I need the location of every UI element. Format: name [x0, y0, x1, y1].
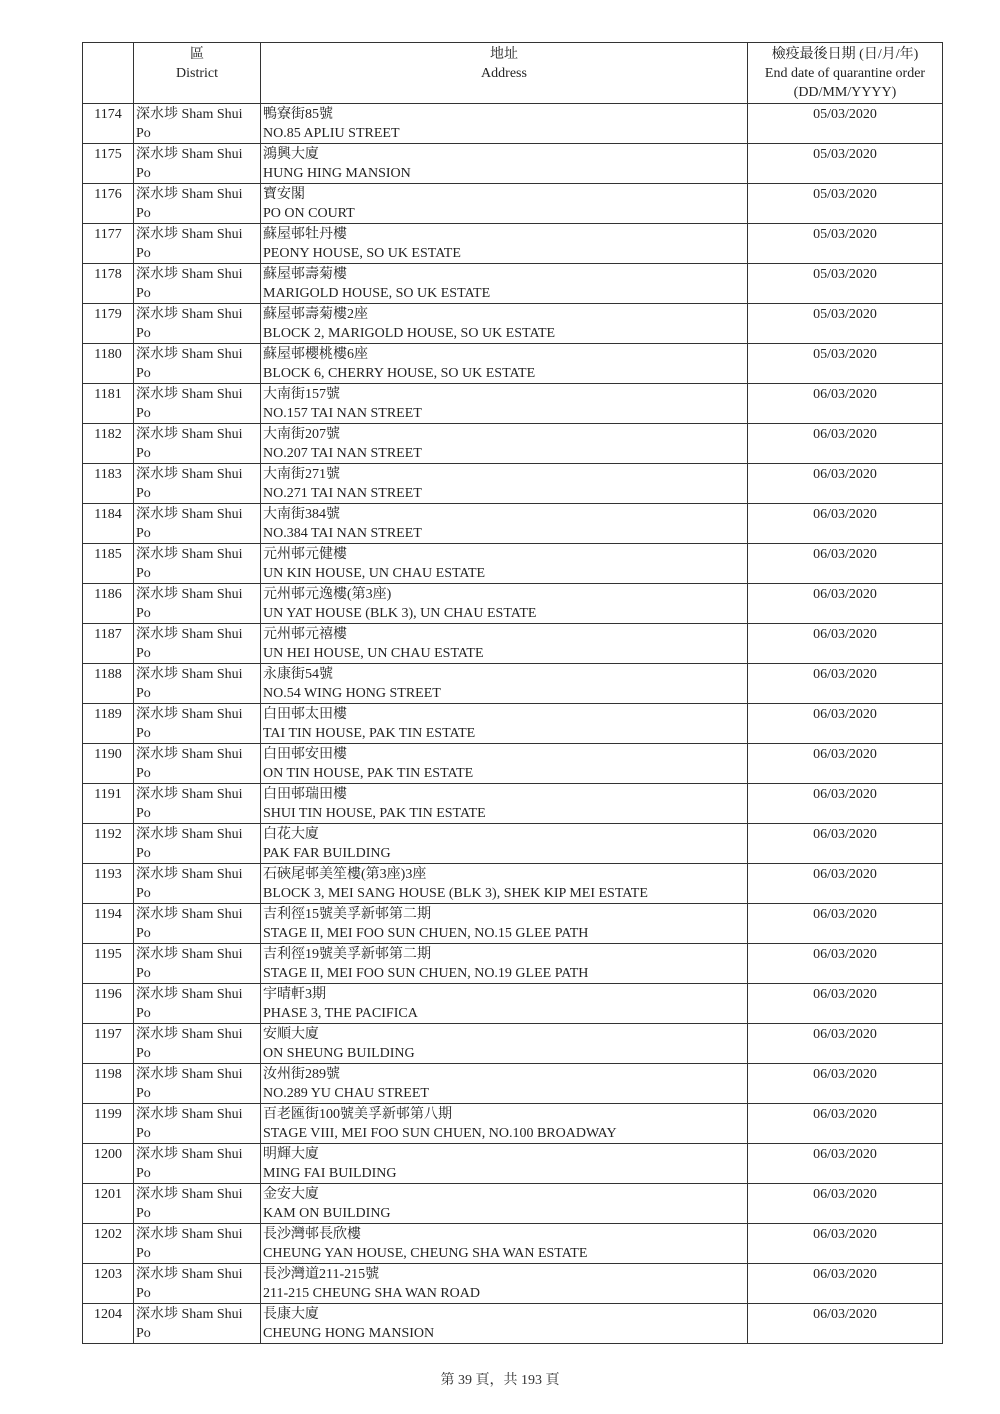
no: 1191 [94, 787, 121, 802]
district-1: 深水埗 Sham Shui [136, 1185, 260, 1204]
row-end-date: 06/03/2020 [748, 384, 943, 424]
address-en: STAGE VIII, MEI FOO SUN CHUEN, NO.100 BR… [263, 1124, 747, 1143]
row-district: 深水埗 Sham Shui Po [134, 824, 261, 864]
row-end-date: 06/03/2020 [748, 504, 943, 544]
row-district: 深水埗 Sham Shui Po [134, 624, 261, 664]
table-row: 1189 深水埗 Sham Shui Po 白田邨太田樓 TAI TIN HOU… [83, 704, 943, 744]
address-en: CHEUNG YAN HOUSE, CHEUNG SHA WAN ESTATE [263, 1244, 747, 1263]
address-en: STAGE II, MEI FOO SUN CHUEN, NO.15 GLEE … [263, 924, 747, 943]
row-district: 深水埗 Sham Shui Po [134, 704, 261, 744]
table-row: 1204 深水埗 Sham Shui Po 長康大廈 CHEUNG HONG M… [83, 1304, 943, 1344]
table-row: 1198 深水埗 Sham Shui Po 汝州街289號 NO.289 YU … [83, 1064, 943, 1104]
row-end-date: 06/03/2020 [748, 424, 943, 464]
row-end-date: 06/03/2020 [748, 864, 943, 904]
no: 1186 [94, 587, 121, 602]
address-en: PO ON COURT [263, 204, 747, 223]
quarantine-address-table-container: 區 District 地址 Address 檢疫最後日期 (日/月/年) End… [82, 42, 942, 1344]
date: 06/03/2020 [813, 667, 877, 682]
row-number: 1199 [83, 1104, 134, 1144]
row-number: 1184 [83, 504, 134, 544]
address-zh: 金安大廈 [263, 1185, 747, 1204]
row-address: 蘇屋邨壽菊樓 MARIGOLD HOUSE, SO UK ESTATE [261, 264, 748, 304]
address-en: TAI TIN HOUSE, PAK TIN ESTATE [263, 724, 747, 743]
row-number: 1201 [83, 1184, 134, 1224]
row-address: 大南街207號 NO.207 TAI NAN STREET [261, 424, 748, 464]
page-number-footer: 第 39 頁，共 193 頁 [0, 1369, 1000, 1389]
district-2: Po [136, 484, 260, 503]
row-number: 1200 [83, 1144, 134, 1184]
date: 06/03/2020 [813, 387, 877, 402]
date: 05/03/2020 [813, 267, 877, 282]
row-address: 元州邨元逸樓(第3座) UN YAT HOUSE (BLK 3), UN CHA… [261, 584, 748, 624]
header-date-format: (DD/MM/YYYY) [748, 83, 942, 102]
address-zh: 宇晴軒3期 [263, 985, 747, 1004]
row-address: 元州邨元禧樓 UN HEI HOUSE, UN CHAU ESTATE [261, 624, 748, 664]
address-en: NO.289 YU CHAU STREET [263, 1084, 747, 1103]
district-1: 深水埗 Sham Shui [136, 1145, 260, 1164]
district-1: 深水埗 Sham Shui [136, 785, 260, 804]
row-address: 長沙灣道211-215號 211-215 CHEUNG SHA WAN ROAD [261, 1264, 748, 1304]
row-end-date: 06/03/2020 [748, 824, 943, 864]
row-number: 1197 [83, 1024, 134, 1064]
table-row: 1190 深水埗 Sham Shui Po 白田邨安田樓 ON TIN HOUS… [83, 744, 943, 784]
table-row: 1185 深水埗 Sham Shui Po 元州邨元健樓 UN KIN HOUS… [83, 544, 943, 584]
no: 1174 [94, 107, 121, 122]
address-zh: 大南街384號 [263, 505, 747, 524]
row-number: 1174 [83, 104, 134, 144]
address-en: KAM ON BUILDING [263, 1204, 747, 1223]
row-district: 深水埗 Sham Shui Po [134, 1104, 261, 1144]
address-zh: 長沙灣邨長欣樓 [263, 1225, 747, 1244]
row-number: 1179 [83, 304, 134, 344]
row-address: 吉利徑15號美孚新邨第二期 STAGE II, MEI FOO SUN CHUE… [261, 904, 748, 944]
date: 06/03/2020 [813, 987, 877, 1002]
date: 05/03/2020 [813, 107, 877, 122]
row-address: 金安大廈 KAM ON BUILDING [261, 1184, 748, 1224]
date: 06/03/2020 [813, 787, 877, 802]
address-zh: 安順大廈 [263, 1025, 747, 1044]
no: 1183 [94, 467, 121, 482]
row-district: 深水埗 Sham Shui Po [134, 664, 261, 704]
row-district: 深水埗 Sham Shui Po [134, 344, 261, 384]
row-number: 1176 [83, 184, 134, 224]
row-end-date: 06/03/2020 [748, 784, 943, 824]
row-district: 深水埗 Sham Shui Po [134, 1304, 261, 1344]
no: 1201 [94, 1187, 122, 1202]
row-address: 明輝大廈 MING FAI BUILDING [261, 1144, 748, 1184]
district-1: 深水埗 Sham Shui [136, 105, 260, 124]
table-row: 1176 深水埗 Sham Shui Po 寶安閣 PO ON COURT 05… [83, 184, 943, 224]
no: 1196 [94, 987, 121, 1002]
row-district: 深水埗 Sham Shui Po [134, 544, 261, 584]
row-end-date: 06/03/2020 [748, 664, 943, 704]
row-end-date: 05/03/2020 [748, 224, 943, 264]
district-1: 深水埗 Sham Shui [136, 1265, 260, 1284]
district-1: 深水埗 Sham Shui [136, 385, 260, 404]
table-row: 1177 深水埗 Sham Shui Po 蘇屋邨牡丹樓 PEONY HOUSE… [83, 224, 943, 264]
row-address: 蘇屋邨壽菊樓2座 BLOCK 2, MARIGOLD HOUSE, SO UK … [261, 304, 748, 344]
row-number: 1198 [83, 1064, 134, 1104]
row-end-date: 06/03/2020 [748, 984, 943, 1024]
date: 06/03/2020 [813, 1267, 877, 1282]
address-zh: 蘇屋邨櫻桃樓6座 [263, 345, 747, 364]
row-district: 深水埗 Sham Shui Po [134, 584, 261, 624]
district-2: Po [136, 1084, 260, 1103]
row-number: 1202 [83, 1224, 134, 1264]
address-zh: 長康大廈 [263, 1305, 747, 1324]
no: 1190 [94, 747, 121, 762]
row-end-date: 06/03/2020 [748, 904, 943, 944]
address-en: BLOCK 6, CHERRY HOUSE, SO UK ESTATE [263, 364, 747, 383]
address-zh: 大南街271號 [263, 465, 747, 484]
address-en: HUNG HING MANSION [263, 164, 747, 183]
row-number: 1194 [83, 904, 134, 944]
district-2: Po [136, 244, 260, 263]
address-zh: 吉利徑15號美孚新邨第二期 [263, 905, 747, 924]
address-zh: 元州邨元健樓 [263, 545, 747, 564]
row-district: 深水埗 Sham Shui Po [134, 224, 261, 264]
row-address: 大南街384號 NO.384 TAI NAN STREET [261, 504, 748, 544]
row-number: 1187 [83, 624, 134, 664]
row-address: 宇晴軒3期 PHASE 3, THE PACIFICA [261, 984, 748, 1024]
district-2: Po [136, 764, 260, 783]
row-number: 1190 [83, 744, 134, 784]
district-2: Po [136, 204, 260, 223]
address-zh: 白田邨瑞田樓 [263, 785, 747, 804]
table-row: 1195 深水埗 Sham Shui Po 吉利徑19號美孚新邨第二期 STAG… [83, 944, 943, 984]
address-en: ON SHEUNG BUILDING [263, 1044, 747, 1063]
row-district: 深水埗 Sham Shui Po [134, 424, 261, 464]
table-row: 1194 深水埗 Sham Shui Po 吉利徑15號美孚新邨第二期 STAG… [83, 904, 943, 944]
date: 05/03/2020 [813, 147, 877, 162]
row-end-date: 06/03/2020 [748, 1224, 943, 1264]
date: 06/03/2020 [813, 1067, 877, 1082]
row-district: 深水埗 Sham Shui Po [134, 384, 261, 424]
row-address: 白田邨太田樓 TAI TIN HOUSE, PAK TIN ESTATE [261, 704, 748, 744]
row-end-date: 05/03/2020 [748, 144, 943, 184]
row-number: 1193 [83, 864, 134, 904]
row-address: 長沙灣邨長欣樓 CHEUNG YAN HOUSE, CHEUNG SHA WAN… [261, 1224, 748, 1264]
address-zh: 百老匯街100號美孚新邨第八期 [263, 1105, 747, 1124]
district-2: Po [136, 1124, 260, 1143]
header-date-en: End date of quarantine order [748, 64, 942, 83]
row-number: 1178 [83, 264, 134, 304]
district-1: 深水埗 Sham Shui [136, 345, 260, 364]
row-address: 白花大廈 PAK FAR BUILDING [261, 824, 748, 864]
no: 1198 [94, 1067, 121, 1082]
date: 05/03/2020 [813, 187, 877, 202]
no: 1203 [94, 1267, 122, 1282]
no: 1184 [94, 507, 121, 522]
table-row: 1182 深水埗 Sham Shui Po 大南街207號 NO.207 TAI… [83, 424, 943, 464]
district-1: 深水埗 Sham Shui [136, 425, 260, 444]
row-district: 深水埗 Sham Shui Po [134, 464, 261, 504]
no: 1202 [94, 1227, 122, 1242]
no: 1199 [94, 1107, 121, 1122]
row-address: 汝州街289號 NO.289 YU CHAU STREET [261, 1064, 748, 1104]
row-district: 深水埗 Sham Shui Po [134, 184, 261, 224]
address-en: MING FAI BUILDING [263, 1164, 747, 1183]
date: 06/03/2020 [813, 507, 877, 522]
district-2: Po [136, 684, 260, 703]
row-address: 長康大廈 CHEUNG HONG MANSION [261, 1304, 748, 1344]
district-1: 深水埗 Sham Shui [136, 145, 260, 164]
table-row: 1197 深水埗 Sham Shui Po 安順大廈 ON SHEUNG BUI… [83, 1024, 943, 1064]
row-district: 深水埗 Sham Shui Po [134, 144, 261, 184]
address-zh: 汝州街289號 [263, 1065, 747, 1084]
district-2: Po [136, 564, 260, 583]
row-district: 深水埗 Sham Shui Po [134, 1064, 261, 1104]
address-en: NO.384 TAI NAN STREET [263, 524, 747, 543]
address-zh: 白田邨安田樓 [263, 745, 747, 764]
row-end-date: 06/03/2020 [748, 744, 943, 784]
district-2: Po [136, 1284, 260, 1303]
row-end-date: 06/03/2020 [748, 464, 943, 504]
address-en: ON TIN HOUSE, PAK TIN ESTATE [263, 764, 747, 783]
address-zh: 白花大廈 [263, 825, 747, 844]
district-1: 深水埗 Sham Shui [136, 505, 260, 524]
row-end-date: 06/03/2020 [748, 584, 943, 624]
no: 1195 [94, 947, 121, 962]
row-end-date: 05/03/2020 [748, 304, 943, 344]
row-number: 1204 [83, 1304, 134, 1344]
date: 06/03/2020 [813, 1307, 877, 1322]
no: 1178 [94, 267, 121, 282]
district-2: Po [136, 1204, 260, 1223]
row-end-date: 05/03/2020 [748, 344, 943, 384]
address-en: BLOCK 3, MEI SANG HOUSE (BLK 3), SHEK KI… [263, 884, 747, 903]
address-zh: 吉利徑19號美孚新邨第二期 [263, 945, 747, 964]
row-address: 吉利徑19號美孚新邨第二期 STAGE II, MEI FOO SUN CHUE… [261, 944, 748, 984]
row-district: 深水埗 Sham Shui Po [134, 864, 261, 904]
district-1: 深水埗 Sham Shui [136, 1225, 260, 1244]
date: 06/03/2020 [813, 867, 877, 882]
district-1: 深水埗 Sham Shui [136, 1105, 260, 1124]
row-address: 鴨寮街85號 NO.85 APLIU STREET [261, 104, 748, 144]
row-end-date: 06/03/2020 [748, 944, 943, 984]
row-number: 1177 [83, 224, 134, 264]
district-1: 深水埗 Sham Shui [136, 945, 260, 964]
district-2: Po [136, 804, 260, 823]
row-end-date: 06/03/2020 [748, 1104, 943, 1144]
address-zh: 蘇屋邨壽菊樓2座 [263, 305, 747, 324]
row-number: 1203 [83, 1264, 134, 1304]
table-row: 1196 深水埗 Sham Shui Po 宇晴軒3期 PHASE 3, THE… [83, 984, 943, 1024]
no: 1187 [94, 627, 121, 642]
district-2: Po [136, 1324, 260, 1343]
row-address: 白田邨安田樓 ON TIN HOUSE, PAK TIN ESTATE [261, 744, 748, 784]
district-2: Po [136, 884, 260, 903]
header-district: 區 District [134, 43, 261, 104]
row-address: 大南街157號 NO.157 TAI NAN STREET [261, 384, 748, 424]
table-row: 1180 深水埗 Sham Shui Po 蘇屋邨櫻桃樓6座 BLOCK 6, … [83, 344, 943, 384]
district-2: Po [136, 164, 260, 183]
date: 06/03/2020 [813, 547, 877, 562]
table-row: 1184 深水埗 Sham Shui Po 大南街384號 NO.384 TAI… [83, 504, 943, 544]
row-number: 1191 [83, 784, 134, 824]
row-end-date: 05/03/2020 [748, 184, 943, 224]
table-row: 1179 深水埗 Sham Shui Po 蘇屋邨壽菊樓2座 BLOCK 2, … [83, 304, 943, 344]
address-zh: 長沙灣道211-215號 [263, 1265, 747, 1284]
row-number: 1180 [83, 344, 134, 384]
table-row: 1181 深水埗 Sham Shui Po 大南街157號 NO.157 TAI… [83, 384, 943, 424]
row-end-date: 06/03/2020 [748, 1024, 943, 1064]
no: 1180 [94, 347, 121, 362]
district-1: 深水埗 Sham Shui [136, 585, 260, 604]
district-1: 深水埗 Sham Shui [136, 865, 260, 884]
row-end-date: 06/03/2020 [748, 1184, 943, 1224]
row-district: 深水埗 Sham Shui Po [134, 1144, 261, 1184]
row-address: 白田邨瑞田樓 SHUI TIN HOUSE, PAK TIN ESTATE [261, 784, 748, 824]
district-2: Po [136, 1004, 260, 1023]
district-1: 深水埗 Sham Shui [136, 825, 260, 844]
date: 06/03/2020 [813, 1027, 877, 1042]
address-en: NO.207 TAI NAN STREET [263, 444, 747, 463]
district-2: Po [136, 444, 260, 463]
date: 06/03/2020 [813, 1147, 877, 1162]
address-en: NO.85 APLIU STREET [263, 124, 747, 143]
row-district: 深水埗 Sham Shui Po [134, 264, 261, 304]
row-district: 深水埗 Sham Shui Po [134, 744, 261, 784]
date: 06/03/2020 [813, 427, 877, 442]
row-end-date: 05/03/2020 [748, 104, 943, 144]
table-row: 1174 深水埗 Sham Shui Po 鴨寮街85號 NO.85 APLIU… [83, 104, 943, 144]
address-en: PHASE 3, THE PACIFICA [263, 1004, 747, 1023]
table-row: 1193 深水埗 Sham Shui Po 石硤尾邨美笙樓(第3座)3座 BLO… [83, 864, 943, 904]
date: 05/03/2020 [813, 227, 877, 242]
table-row: 1203 深水埗 Sham Shui Po 長沙灣道211-215號 211-2… [83, 1264, 943, 1304]
no: 1175 [94, 147, 121, 162]
no: 1179 [94, 307, 121, 322]
table-row: 1202 深水埗 Sham Shui Po 長沙灣邨長欣樓 CHEUNG YAN… [83, 1224, 943, 1264]
address-zh: 白田邨太田樓 [263, 705, 747, 724]
row-end-date: 06/03/2020 [748, 624, 943, 664]
address-en: CHEUNG HONG MANSION [263, 1324, 747, 1343]
address-zh: 鴻興大廈 [263, 145, 747, 164]
date: 06/03/2020 [813, 1187, 877, 1202]
no: 1193 [94, 867, 121, 882]
no: 1192 [94, 827, 121, 842]
row-district: 深水埗 Sham Shui Po [134, 504, 261, 544]
row-address: 寶安閣 PO ON COURT [261, 184, 748, 224]
address-en: UN HEI HOUSE, UN CHAU ESTATE [263, 644, 747, 663]
date: 06/03/2020 [813, 707, 877, 722]
district-1: 深水埗 Sham Shui [136, 625, 260, 644]
district-1: 深水埗 Sham Shui [136, 1025, 260, 1044]
row-district: 深水埗 Sham Shui Po [134, 104, 261, 144]
header-address: 地址 Address [261, 43, 748, 104]
district-1: 深水埗 Sham Shui [136, 705, 260, 724]
district-2: Po [136, 1164, 260, 1183]
row-address: 鴻興大廈 HUNG HING MANSION [261, 144, 748, 184]
district-2: Po [136, 364, 260, 383]
district-1: 深水埗 Sham Shui [136, 985, 260, 1004]
no: 1189 [94, 707, 121, 722]
district-1: 深水埗 Sham Shui [136, 225, 260, 244]
address-en: NO.271 TAI NAN STREET [263, 484, 747, 503]
district-2: Po [136, 404, 260, 423]
row-number: 1195 [83, 944, 134, 984]
table-row: 1186 深水埗 Sham Shui Po 元州邨元逸樓(第3座) UN YAT… [83, 584, 943, 624]
row-end-date: 06/03/2020 [748, 1144, 943, 1184]
row-address: 百老匯街100號美孚新邨第八期 STAGE VIII, MEI FOO SUN … [261, 1104, 748, 1144]
row-address: 永康街54號 NO.54 WING HONG STREET [261, 664, 748, 704]
no: 1194 [94, 907, 121, 922]
table-body: 1174 深水埗 Sham Shui Po 鴨寮街85號 NO.85 APLIU… [83, 104, 943, 1344]
date: 06/03/2020 [813, 1227, 877, 1242]
header-end-date: 檢疫最後日期 (日/月/年) End date of quarantine or… [748, 43, 943, 104]
table-row: 1188 深水埗 Sham Shui Po 永康街54號 NO.54 WING … [83, 664, 943, 704]
header-number [83, 43, 134, 104]
row-number: 1186 [83, 584, 134, 624]
address-zh: 蘇屋邨牡丹樓 [263, 225, 747, 244]
district-1: 深水埗 Sham Shui [136, 1305, 260, 1324]
table-row: 1201 深水埗 Sham Shui Po 金安大廈 KAM ON BUILDI… [83, 1184, 943, 1224]
district-1: 深水埗 Sham Shui [136, 265, 260, 284]
district-1: 深水埗 Sham Shui [136, 1065, 260, 1084]
row-end-date: 06/03/2020 [748, 704, 943, 744]
address-en: 211-215 CHEUNG SHA WAN ROAD [263, 1284, 747, 1303]
row-district: 深水埗 Sham Shui Po [134, 944, 261, 984]
district-2: Po [136, 844, 260, 863]
no: 1197 [94, 1027, 121, 1042]
header-district-en: District [134, 64, 260, 83]
date: 06/03/2020 [813, 747, 877, 762]
row-end-date: 06/03/2020 [748, 1064, 943, 1104]
row-district: 深水埗 Sham Shui Po [134, 1024, 261, 1064]
district-2: Po [136, 284, 260, 303]
row-district: 深水埗 Sham Shui Po [134, 784, 261, 824]
no: 1185 [94, 547, 121, 562]
row-district: 深水埗 Sham Shui Po [134, 1184, 261, 1224]
district-2: Po [136, 964, 260, 983]
row-district: 深水埗 Sham Shui Po [134, 304, 261, 344]
date: 06/03/2020 [813, 827, 877, 842]
row-district: 深水埗 Sham Shui Po [134, 984, 261, 1024]
row-number: 1181 [83, 384, 134, 424]
no: 1176 [94, 187, 121, 202]
row-district: 深水埗 Sham Shui Po [134, 1224, 261, 1264]
address-zh: 永康街54號 [263, 665, 747, 684]
no: 1177 [94, 227, 121, 242]
date: 05/03/2020 [813, 347, 877, 362]
district-2: Po [136, 924, 260, 943]
row-number: 1175 [83, 144, 134, 184]
table-row: 1191 深水埗 Sham Shui Po 白田邨瑞田樓 SHUI TIN HO… [83, 784, 943, 824]
header-address-en: Address [261, 64, 747, 83]
date: 05/03/2020 [813, 307, 877, 322]
table-header: 區 District 地址 Address 檢疫最後日期 (日/月/年) End… [83, 43, 943, 104]
address-zh: 石硤尾邨美笙樓(第3座)3座 [263, 865, 747, 884]
district-1: 深水埗 Sham Shui [136, 545, 260, 564]
row-address: 蘇屋邨櫻桃樓6座 BLOCK 6, CHERRY HOUSE, SO UK ES… [261, 344, 748, 384]
address-en: UN KIN HOUSE, UN CHAU ESTATE [263, 564, 747, 583]
no: 1181 [94, 387, 121, 402]
district-2: Po [136, 324, 260, 343]
address-en: SHUI TIN HOUSE, PAK TIN ESTATE [263, 804, 747, 823]
row-number: 1196 [83, 984, 134, 1024]
district-1: 深水埗 Sham Shui [136, 185, 260, 204]
district-2: Po [136, 724, 260, 743]
row-number: 1188 [83, 664, 134, 704]
no: 1200 [94, 1147, 122, 1162]
header-district-zh: 區 [134, 45, 260, 64]
table-row: 1199 深水埗 Sham Shui Po 百老匯街100號美孚新邨第八期 ST… [83, 1104, 943, 1144]
address-en: BLOCK 2, MARIGOLD HOUSE, SO UK ESTATE [263, 324, 747, 343]
row-address: 蘇屋邨牡丹樓 PEONY HOUSE, SO UK ESTATE [261, 224, 748, 264]
district-2: Po [136, 524, 260, 543]
district-2: Po [136, 1044, 260, 1063]
